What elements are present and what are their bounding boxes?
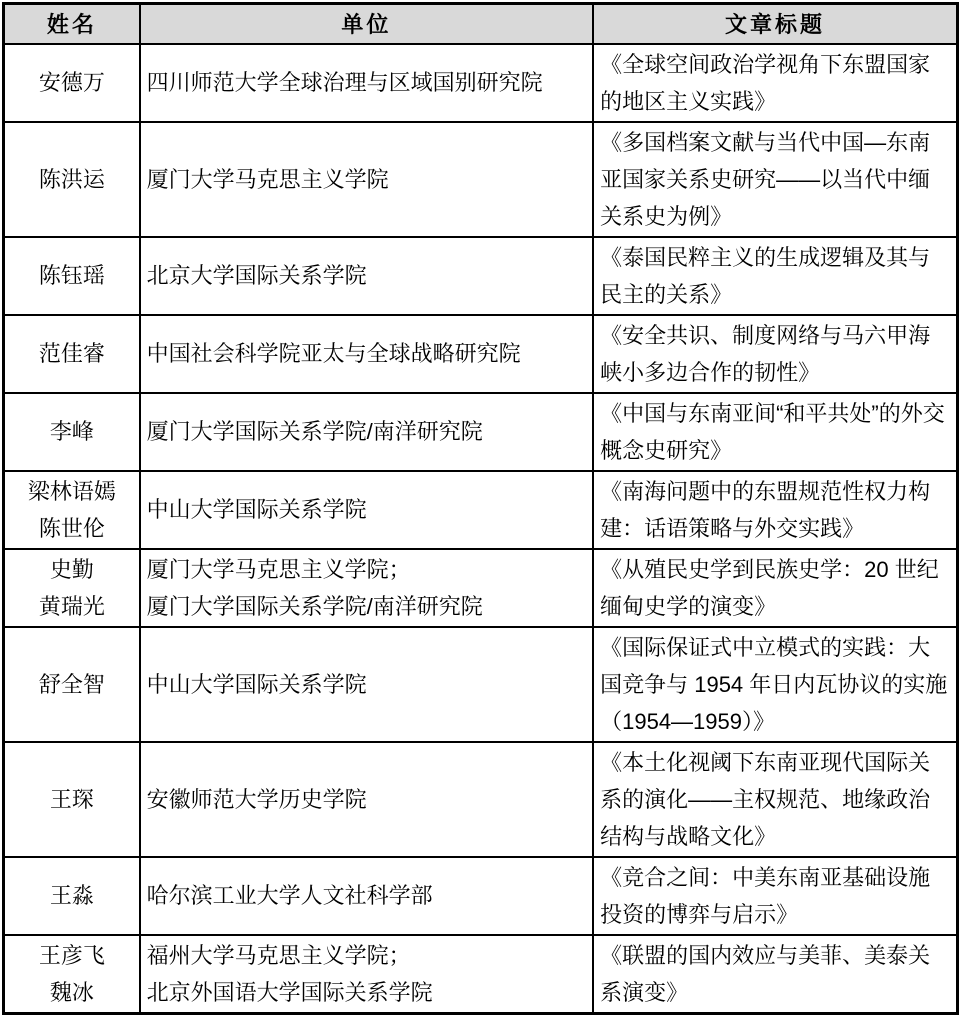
title-cell: 《本土化视阈下东南亚现代国际关系的演化——主权规范、地缘政治结构与战略文化》: [593, 742, 957, 857]
table-row: 陈洪运 厦门大学马克思主义学院 《多国档案文献与当代中国—东南亚国家关系史研究—…: [4, 122, 958, 237]
org-cell: 北京大学国际关系学院: [140, 237, 593, 315]
table-row: 王彦飞 魏冰 福州大学马克思主义学院； 北京外国语大学国际关系学院 《联盟的国内…: [4, 935, 958, 1014]
name-cell: 史勤 黄瑞光: [4, 549, 140, 627]
table-row: 史勤 黄瑞光 厦门大学马克思主义学院； 厦门大学国际关系学院/南洋研究院 《从殖…: [4, 549, 958, 627]
table-row: 梁林语嫣 陈世伦 中山大学国际关系学院 《南海问题中的东盟规范性权力构建：话语策…: [4, 471, 958, 549]
org-cell: 中国社会科学院亚太与全球战略研究院: [140, 315, 593, 393]
table-row: 范佳睿 中国社会科学院亚太与全球战略研究院 《安全共识、制度网络与马六甲海峡小多…: [4, 315, 958, 393]
table-row: 王琛 安徽师范大学历史学院 《本土化视阈下东南亚现代国际关系的演化——主权规范、…: [4, 742, 958, 857]
title-cell: 《泰国民粹主义的生成逻辑及其与民主的关系》: [593, 237, 957, 315]
name-cell: 李峰: [4, 393, 140, 471]
table-row: 王淼 哈尔滨工业大学人文社科学部 《竞合之间：中美东南亚基础设施投资的博弈与启示…: [4, 857, 958, 935]
title-cell: 《联盟的国内效应与美菲、美泰关系演变》: [593, 935, 957, 1014]
table-row: 安德万 四川师范大学全球治理与区域国别研究院 《全球空间政治学视角下东盟国家的地…: [4, 44, 958, 122]
name-cell: 梁林语嫣 陈世伦: [4, 471, 140, 549]
org-cell: 福州大学马克思主义学院； 北京外国语大学国际关系学院: [140, 935, 593, 1014]
participants-table: 姓名 单位 文章标题 安德万 四川师范大学全球治理与区域国别研究院 《全球空间政…: [2, 2, 959, 1015]
org-cell: 中山大学国际关系学院: [140, 627, 593, 742]
title-cell: 《中国与东南亚间“和平共处”的外交概念史研究》: [593, 393, 957, 471]
table-row: 陈钰瑶 北京大学国际关系学院 《泰国民粹主义的生成逻辑及其与民主的关系》: [4, 237, 958, 315]
table-row: 李峰 厦门大学国际关系学院/南洋研究院 《中国与东南亚间“和平共处”的外交概念史…: [4, 393, 958, 471]
org-cell: 四川师范大学全球治理与区域国别研究院: [140, 44, 593, 122]
title-cell: 《全球空间政治学视角下东盟国家的地区主义实践》: [593, 44, 957, 122]
name-cell: 范佳睿: [4, 315, 140, 393]
document-page: 姓名 单位 文章标题 安德万 四川师范大学全球治理与区域国别研究院 《全球空间政…: [0, 0, 961, 1017]
name-cell: 陈洪运: [4, 122, 140, 237]
title-cell: 《从殖民史学到民族史学：20 世纪缅甸史学的演变》: [593, 549, 957, 627]
name-cell: 王琛: [4, 742, 140, 857]
header-article-title: 文章标题: [593, 4, 957, 44]
name-cell: 陈钰瑶: [4, 237, 140, 315]
name-cell: 安德万: [4, 44, 140, 122]
name-cell: 舒全智: [4, 627, 140, 742]
name-cell: 王淼: [4, 857, 140, 935]
title-cell: 《南海问题中的东盟规范性权力构建：话语策略与外交实践》: [593, 471, 957, 549]
header-name: 姓名: [4, 4, 140, 44]
name-cell: 王彦飞 魏冰: [4, 935, 140, 1014]
title-cell: 《竞合之间：中美东南亚基础设施投资的博弈与启示》: [593, 857, 957, 935]
header-organization: 单位: [140, 4, 593, 44]
org-cell: 哈尔滨工业大学人文社科学部: [140, 857, 593, 935]
org-cell: 厦门大学马克思主义学院: [140, 122, 593, 237]
title-cell: 《国际保证式中立模式的实践：大国竞争与 1954 年日内瓦协议的实施（1954—…: [593, 627, 957, 742]
title-cell: 《多国档案文献与当代中国—东南亚国家关系史研究——以当代中缅关系史为例》: [593, 122, 957, 237]
org-cell: 安徽师范大学历史学院: [140, 742, 593, 857]
org-cell: 厦门大学国际关系学院/南洋研究院: [140, 393, 593, 471]
org-cell: 厦门大学马克思主义学院； 厦门大学国际关系学院/南洋研究院: [140, 549, 593, 627]
org-cell: 中山大学国际关系学院: [140, 471, 593, 549]
table-row: 舒全智 中山大学国际关系学院 《国际保证式中立模式的实践：大国竞争与 1954 …: [4, 627, 958, 742]
header-row: 姓名 单位 文章标题: [4, 4, 958, 44]
title-cell: 《安全共识、制度网络与马六甲海峡小多边合作的韧性》: [593, 315, 957, 393]
